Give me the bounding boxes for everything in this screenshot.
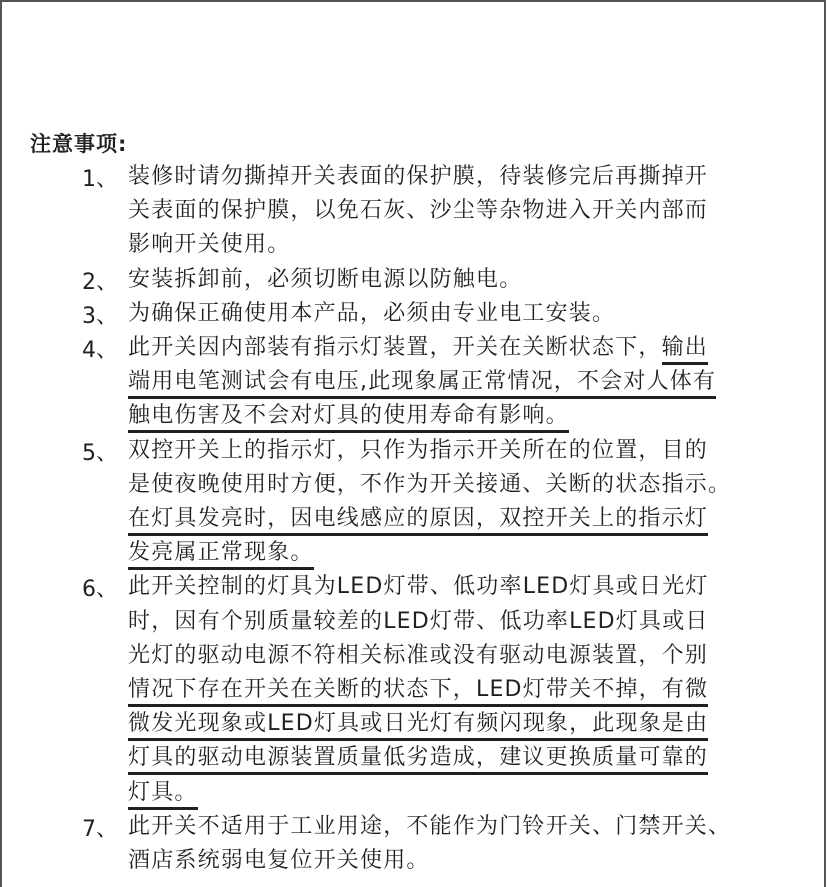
item-line: 时，因有个别质量较差的LED灯带、低功率LED灯具或日 bbox=[128, 607, 709, 641]
line-text: 光灯的驱动电源不符相关标准或没有驱动电源装置，个别 bbox=[128, 643, 708, 668]
item-line: 灯具。 bbox=[128, 778, 198, 812]
item-line: 影响开关使用。 bbox=[128, 230, 290, 264]
line-text: 双控开关上的指示灯，只作为指示开关所在的位置，目的 bbox=[128, 438, 708, 463]
underlined-text: 输出 bbox=[662, 335, 708, 365]
underlined-text: 触电伤害及不会对灯具的使用寿命有影响。 bbox=[128, 403, 569, 433]
item-line: 灯具的驱动电源装置质量低劣造成，建议更换质量可靠的 bbox=[128, 743, 708, 777]
line-text: 是使夜晚使用时方便，不作为开关接通、关断的状态指示。 bbox=[128, 472, 731, 497]
line-text: 酒店系统弱电复位开关使用。 bbox=[128, 848, 430, 873]
line-text: 关表面的保护膜，以免石灰、沙尘等杂物进入开关内部而 bbox=[128, 198, 708, 223]
item-number: 6、 bbox=[82, 572, 128, 603]
item-number: 1、 bbox=[82, 162, 128, 193]
line-text: 此开关不适用于工业用途，不能作为门铃开关、门禁开关、 bbox=[128, 814, 731, 839]
item-line: 在灯具发亮时，因电线感应的原因，双控开关上的指示灯 bbox=[128, 504, 708, 538]
item-line: 此开关控制的灯具为LED灯带、低功率LED灯具或日光灯 bbox=[128, 572, 709, 606]
underlined-text: 在灯具发亮时，因电线感应的原因，双控开关上的指示灯 bbox=[128, 506, 708, 536]
item-line: 微发光现象或LED灯具或日光灯有频闪现象，此现象是由 bbox=[128, 709, 708, 743]
item-line: 端用电笔测试会有电压,此现象属正常情况，不会对人体有 bbox=[128, 367, 716, 401]
line-text: 时，因有个别质量较差的LED灯带、低功率LED灯具或日 bbox=[128, 609, 709, 634]
item-line: 触电伤害及不会对灯具的使用寿命有影响。 bbox=[128, 401, 569, 435]
item-line: 情况下存在开关在关断的状态下，LED灯带关不掉，有微 bbox=[128, 675, 708, 709]
line-text: 为确保正确使用本产品，必须由专业电工安装。 bbox=[128, 301, 615, 326]
underlined-text: 端用电笔测试会有电压,此现象属正常情况，不会对人体有 bbox=[128, 369, 716, 399]
item-line: 为确保正确使用本产品，必须由专业电工安装。 bbox=[128, 299, 615, 333]
item-number: 4、 bbox=[82, 333, 128, 364]
item-line: 关表面的保护膜，以免石灰、沙尘等杂物进入开关内部而 bbox=[128, 196, 708, 230]
underlined-text: 微发光现象或LED灯具或日光灯有频闪现象，此现象是由 bbox=[128, 711, 708, 741]
notice-title: 注意事项: bbox=[30, 128, 127, 158]
line-text: 装修时请勿撕掉开关表面的保护膜，待装修完后再撕掉开 bbox=[128, 164, 708, 189]
item-number: 5、 bbox=[82, 436, 128, 467]
item-line: 酒店系统弱电复位开关使用。 bbox=[128, 846, 430, 880]
underlined-text: 灯具。 bbox=[128, 780, 198, 810]
item-number: 7、 bbox=[82, 812, 128, 843]
line-text: 影响开关使用。 bbox=[128, 232, 290, 257]
item-line: 是使夜晚使用时方便，不作为开关接通、关断的状态指示。 bbox=[128, 470, 731, 504]
item-line: 光灯的驱动电源不符相关标准或没有驱动电源装置，个别 bbox=[128, 641, 708, 675]
line-text: 安装拆卸前，必须切断电源以防触电。 bbox=[128, 267, 522, 292]
item-line: 装修时请勿撕掉开关表面的保护膜，待装修完后再撕掉开 bbox=[128, 162, 708, 196]
line-text: 此开关控制的灯具为LED灯带、低功率LED灯具或日光灯 bbox=[128, 574, 709, 599]
item-line: 双控开关上的指示灯，只作为指示开关所在的位置，目的 bbox=[128, 436, 708, 470]
underlined-text: 灯具的驱动电源装置质量低劣造成，建议更换质量可靠的 bbox=[128, 745, 708, 775]
item-number: 3、 bbox=[82, 299, 128, 330]
item-line: 发亮属正常现象。 bbox=[128, 538, 314, 572]
item-line: 安装拆卸前，必须切断电源以防触电。 bbox=[128, 265, 522, 299]
item-line: 此开关因内部装有指示灯装置，开关在关断状态下，输出 bbox=[128, 333, 708, 367]
line-text: 此开关因内部装有指示灯装置，开关在关断状态下， bbox=[128, 335, 662, 360]
underlined-text: 情况下存在开关在关断的状态下，LED灯带关不掉，有微 bbox=[128, 677, 708, 707]
underlined-text: 发亮属正常现象。 bbox=[128, 540, 314, 570]
item-line: 此开关不适用于工业用途，不能作为门铃开关、门禁开关、 bbox=[128, 812, 731, 846]
item-number: 2、 bbox=[82, 265, 128, 296]
